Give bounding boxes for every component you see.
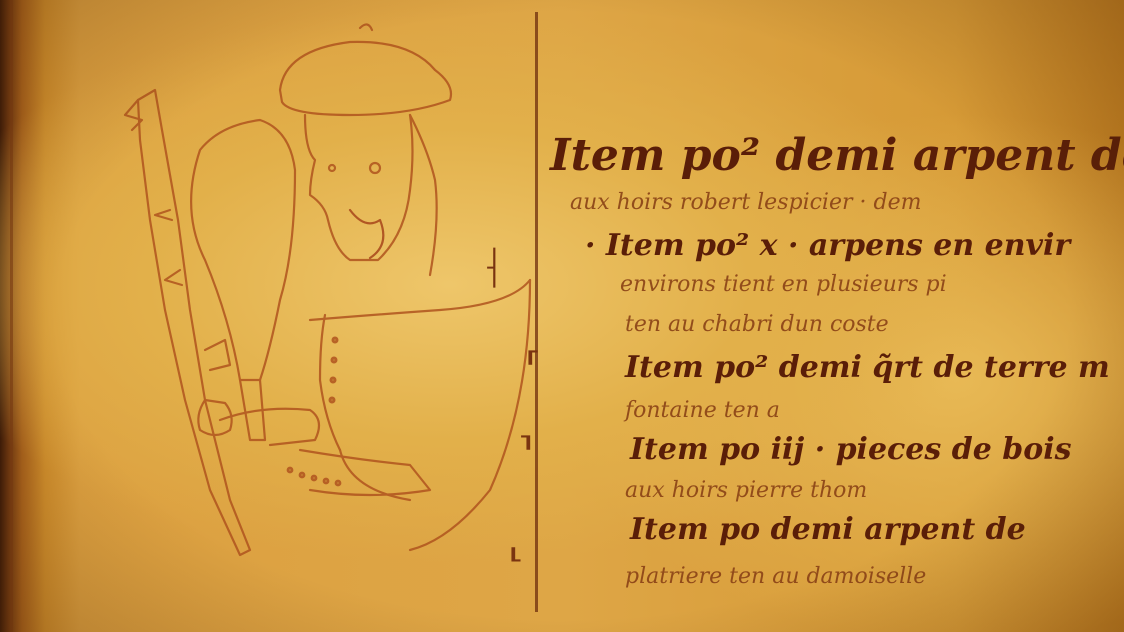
manuscript-photo: ⸡ ⸢ ⸣ ⸤ Item po² demi arpent de terre au…	[0, 0, 1124, 632]
manuscript-line: environs tient en plusieurs pi	[620, 272, 947, 297]
manuscript-line: Item po² demi arpent de terre	[550, 130, 1124, 181]
manuscript-line: Item po demi arpent de	[630, 512, 1026, 547]
manuscript-line: · Item po² x · arpens en envir	[585, 228, 1070, 263]
margin-mark: ⸤	[508, 520, 524, 566]
manuscript-line: ten au chabri dun coste	[625, 312, 889, 337]
manuscript-line: Item po² demi q̃rt de terre m	[625, 350, 1110, 385]
manuscript-line: aux hoirs robert lespicier · dem	[570, 190, 921, 215]
manuscript-text: Item po² demi arpent de terre aux hoirs …	[530, 80, 1124, 632]
marginal-drawing-figure	[110, 20, 550, 580]
manuscript-line: platriere ten au damoiselle	[625, 564, 926, 589]
manuscript-line: Item po iij · pieces de bois	[630, 432, 1072, 467]
page-fold-edge	[10, 0, 13, 632]
manuscript-line: fontaine ten a	[625, 398, 780, 423]
margin-mark: ⸡	[480, 235, 502, 290]
manuscript-line: aux hoirs pierre thom	[625, 478, 867, 503]
